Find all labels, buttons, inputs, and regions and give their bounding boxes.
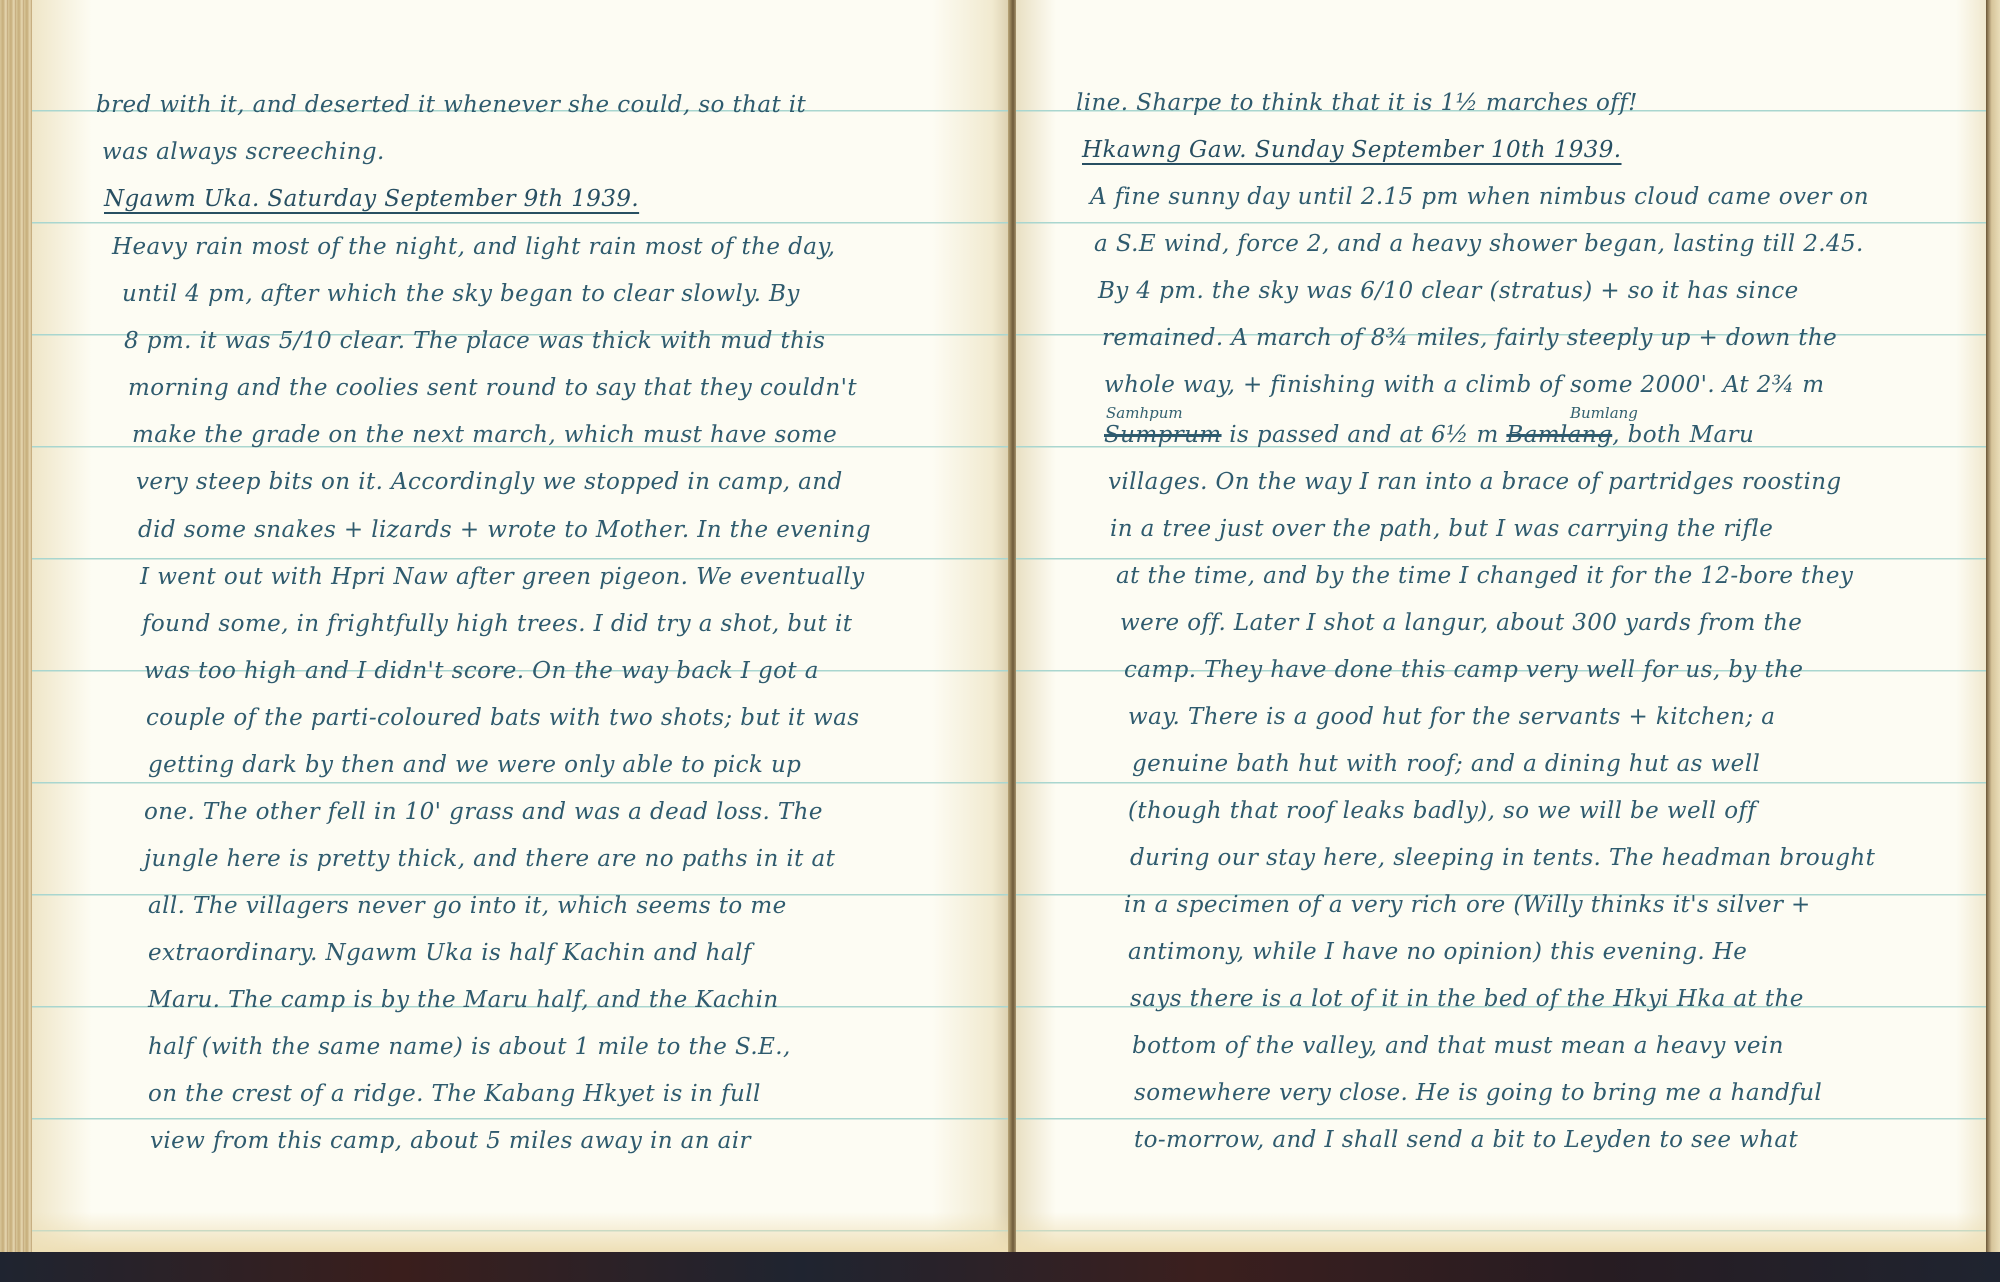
- text-segment: , both Maru: [1612, 422, 1754, 448]
- text-line: at the time, and by the time I changed i…: [1116, 563, 1853, 611]
- text-line: whole way, + finishing with a climb of s…: [1104, 372, 1824, 420]
- text-line: one. The other fell in 10' grass and was…: [144, 799, 823, 847]
- text-line: during our stay here, sleeping in tents.…: [1130, 845, 1875, 893]
- text-line: remained. A march of 8¾ miles, fairly st…: [1102, 325, 1837, 373]
- struck-word: Sumprum: [1104, 422, 1222, 448]
- entry-heading: Hkawng Gaw. Sunday September 10th 1939.: [1082, 137, 1622, 185]
- text-line: jungle here is pretty thick, and there a…: [144, 846, 835, 894]
- text-line: in a specimen of a very rich ore (Willy …: [1124, 892, 1811, 940]
- text-line: on the crest of a ridge. The Kabang Hkye…: [148, 1081, 761, 1129]
- text-line: Maru. The camp is by the Maru half, and …: [148, 987, 779, 1035]
- text-segment: is passed and at 6½ m: [1222, 422, 1507, 448]
- text-line: extraordinary. Ngawm Uka is half Kachin …: [148, 940, 752, 988]
- text-line: camp. They have done this camp very well…: [1124, 657, 1803, 705]
- text-line: found some, in frightfully high trees. I…: [142, 611, 852, 659]
- page-stain: [32, 1212, 1012, 1252]
- insertion-note: Samhpum: [1106, 404, 1183, 422]
- text-line: was too high and I didn't score. On the …: [144, 658, 819, 706]
- text-line: half (with the same name) is about 1 mil…: [148, 1034, 791, 1082]
- entry-heading: Ngawm Uka. Saturday September 9th 1939.: [104, 186, 639, 234]
- text-line: were off. Later I shot a langur, about 3…: [1120, 610, 1802, 658]
- text-line: 8 pm. it was 5/10 clear. The place was t…: [124, 328, 825, 376]
- right-page: line. Sharpe to think that it is 1½ marc…: [1016, 0, 1988, 1252]
- text-line: I went out with Hpri Naw after green pig…: [140, 564, 865, 612]
- page-edges: [1986, 0, 2000, 1255]
- text-line: was always screeching.: [102, 139, 385, 187]
- text-line: (though that roof leaks badly), so we wi…: [1128, 798, 1756, 846]
- text-line: make the grade on the next march, which …: [132, 422, 837, 470]
- left-page: bred with it, and deserted it whenever s…: [32, 0, 1012, 1252]
- text-line: bottom of the valley, and that must mean…: [1132, 1033, 1784, 1081]
- text-line: all. The villagers never go into it, whi…: [148, 893, 787, 941]
- notebook-spread: bred with it, and deserted it whenever s…: [0, 0, 2000, 1282]
- page-stain: [1016, 1212, 1988, 1252]
- insertion-note: Bumlang: [1570, 404, 1638, 422]
- text-line: view from this camp, about 5 miles away …: [150, 1128, 751, 1176]
- text-line: getting dark by then and we were only ab…: [148, 752, 801, 800]
- table-surface: [0, 1252, 2000, 1282]
- text-line: genuine bath hut with roof; and a dining…: [1132, 751, 1760, 799]
- text-line: did some snakes + lizards + wrote to Mot…: [138, 517, 871, 565]
- text-line: to-morrow, and I shall send a bit to Ley…: [1134, 1127, 1798, 1175]
- text-line: a S.E wind, force 2, and a heavy shower …: [1094, 231, 1864, 279]
- text-line: couple of the parti-coloured bats with t…: [146, 705, 859, 753]
- text-line: says there is a lot of it in the bed of …: [1130, 986, 1804, 1034]
- text-line: very steep bits on it. Accordingly we st…: [136, 469, 843, 517]
- text-line: somewhere very close. He is going to bri…: [1134, 1080, 1822, 1128]
- text-line: By 4 pm. the sky was 6/10 clear (stratus…: [1098, 278, 1799, 326]
- text-line: bred with it, and deserted it whenever s…: [96, 92, 806, 140]
- struck-word: Bamlang: [1506, 422, 1612, 448]
- text-line: way. There is a good hut for the servant…: [1128, 704, 1775, 752]
- text-line: A fine sunny day until 2.15 pm when nimb…: [1090, 184, 1869, 232]
- text-line: in a tree just over the path, but I was …: [1110, 516, 1773, 564]
- text-line: line. Sharpe to think that it is 1½ marc…: [1076, 90, 1638, 138]
- text-line-with-corrections: Sumprum is passed and at 6½ m Bamlang, b…: [1104, 422, 1754, 470]
- text-line: Heavy rain most of the night, and light …: [112, 234, 835, 282]
- text-line: antimony, while I have no opinion) this …: [1128, 939, 1747, 987]
- text-line: villages. On the way I ran into a brace …: [1108, 469, 1842, 517]
- text-line: until 4 pm, after which the sky began to…: [122, 281, 800, 329]
- text-line: morning and the coolies sent round to sa…: [128, 375, 857, 423]
